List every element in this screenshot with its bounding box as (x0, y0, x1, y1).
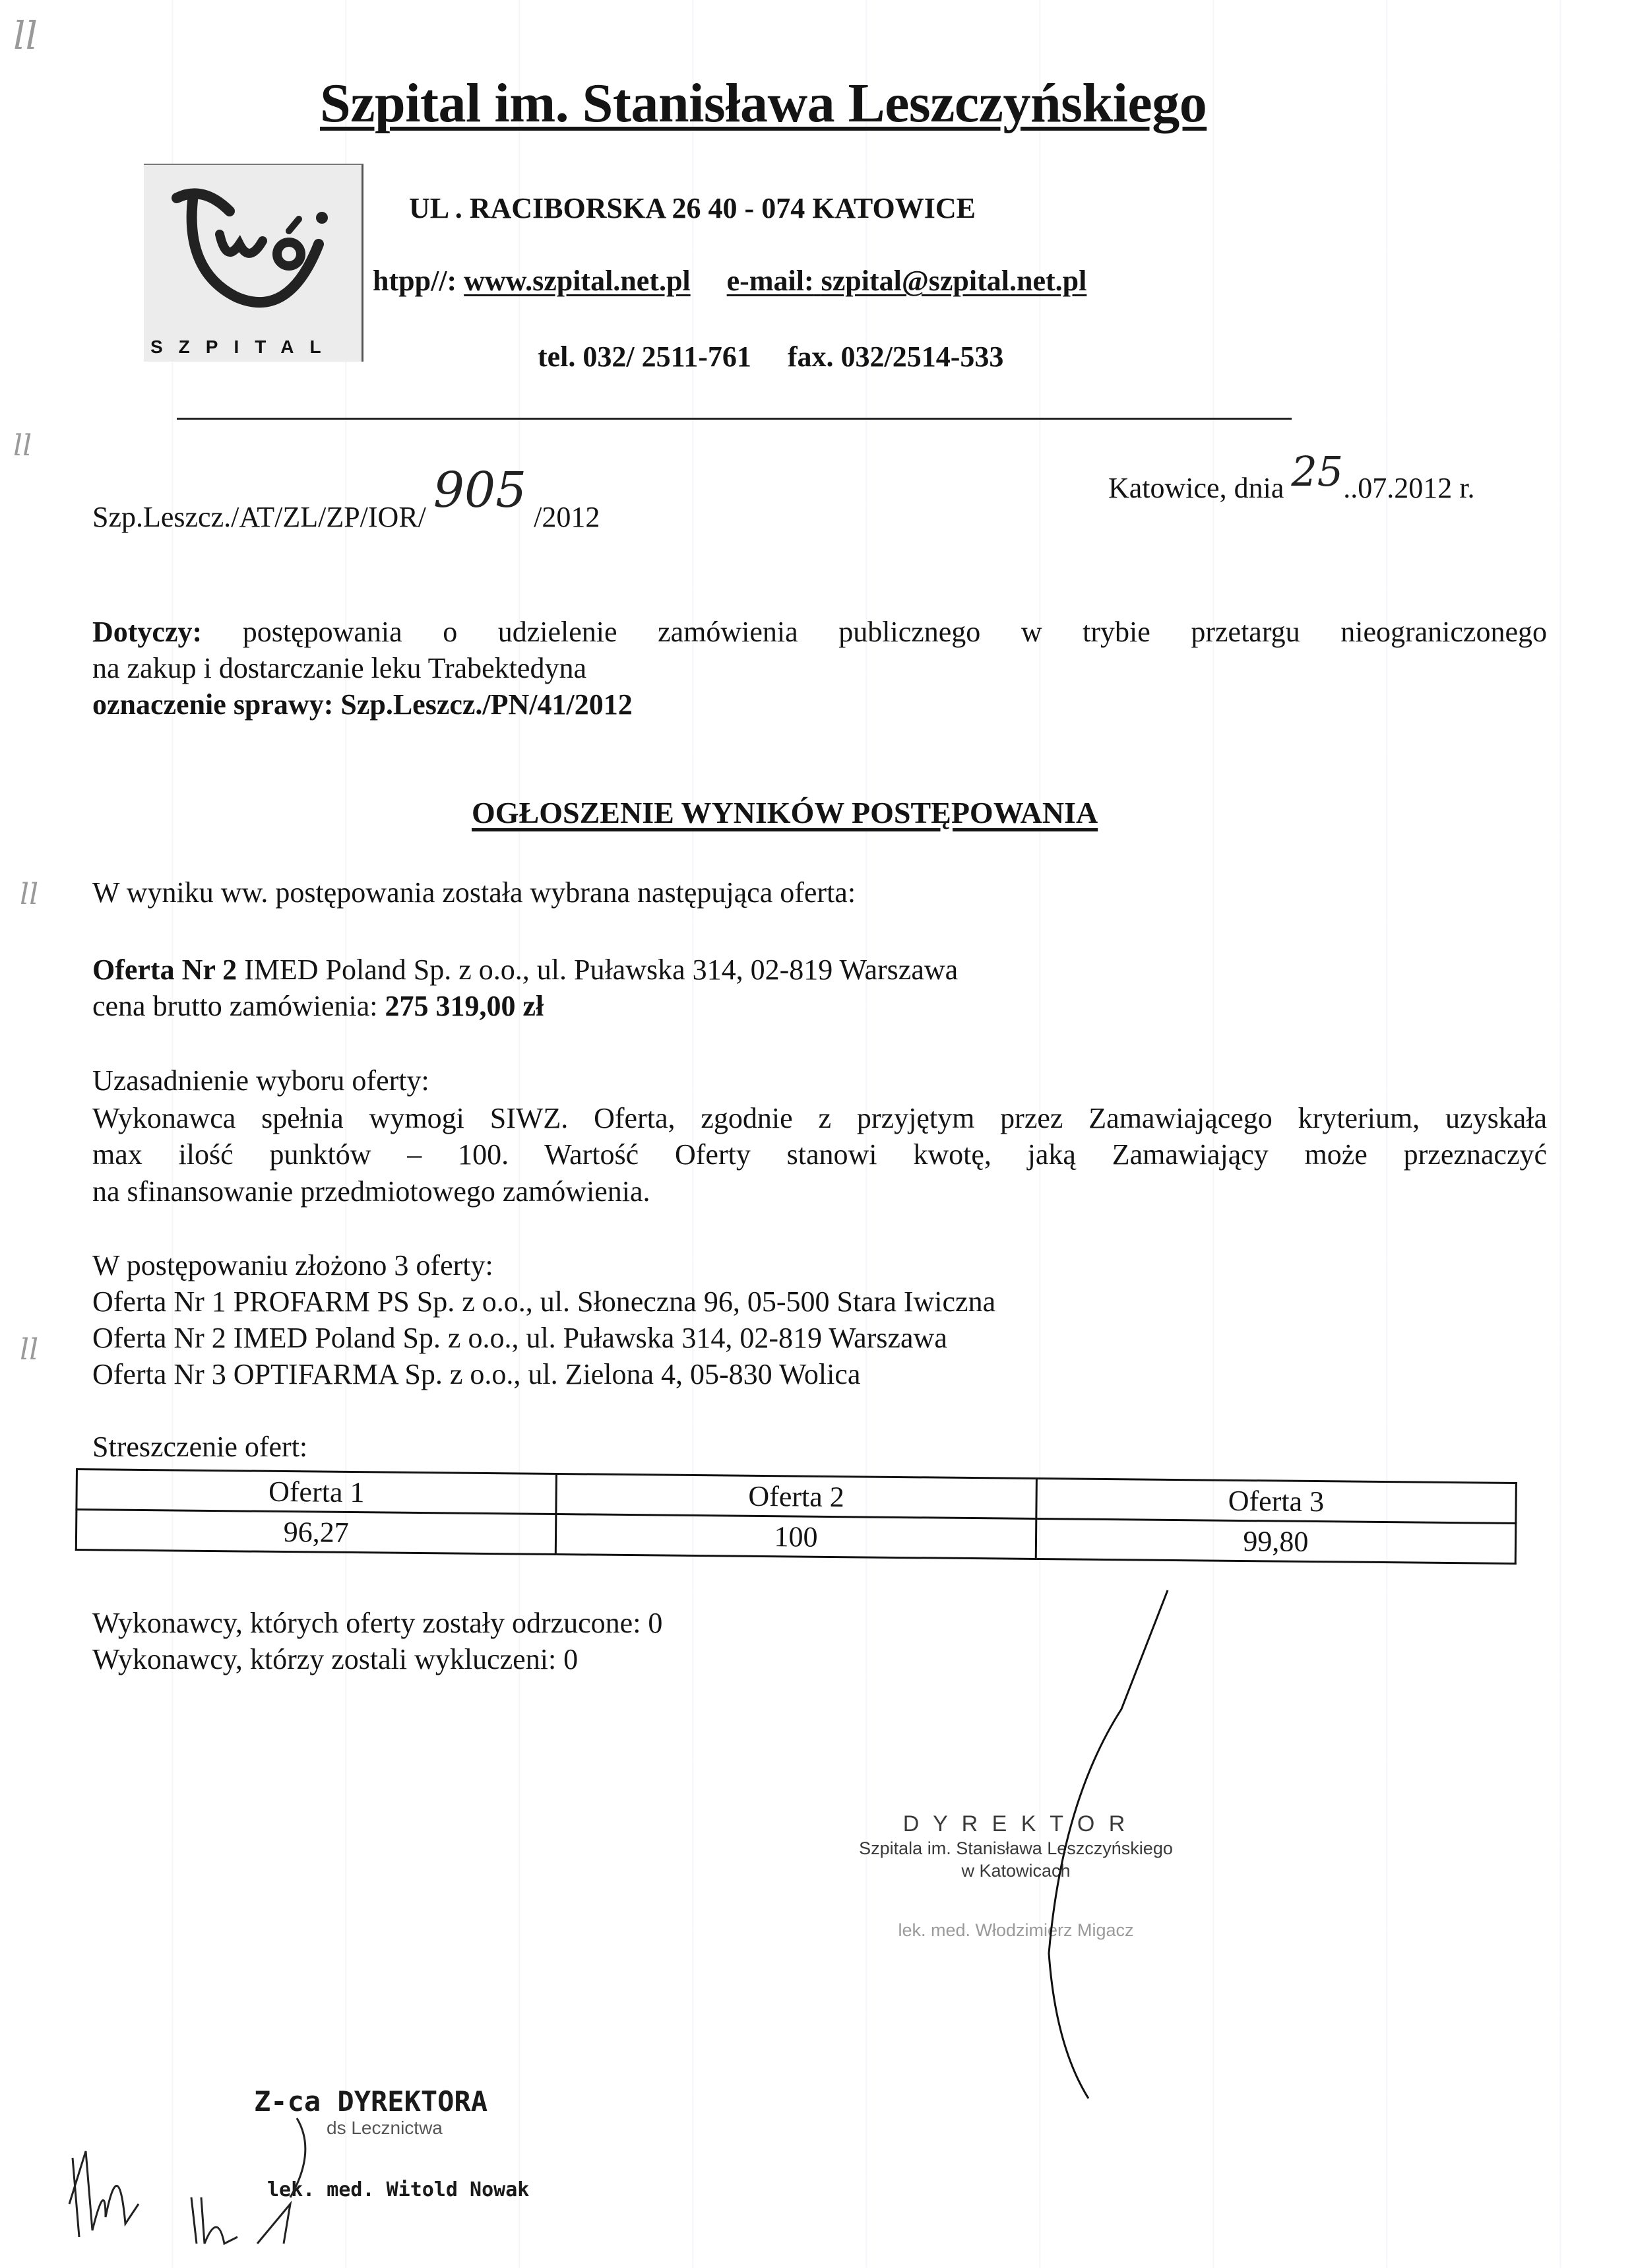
deputy-signature-icon (66, 2112, 383, 2257)
fax-number: fax. 032/2514-533 (788, 340, 1004, 373)
hospital-address: UL . RACIBORSKA 26 40 - 074 KATOWICE (409, 191, 976, 225)
excluded-count: Wykonawcy, którzy zostali wykluczeni: 0 (92, 1641, 578, 1678)
result-intro: W wyniku ww. postępowania została wybran… (92, 874, 856, 911)
website-link[interactable]: www.szpital.net.pl (464, 265, 690, 297)
justification-line: max ilość punktów – 100. Wartość Oferty … (92, 1136, 1547, 1173)
margin-mark: ll (13, 429, 32, 463)
case-number: oznaczenie sprawy: Szp.Leszcz./PN/41/201… (92, 686, 633, 723)
contact-web-email: htpp//: www.szpital.net.pl e-mail: szpit… (373, 264, 1086, 298)
email-link[interactable]: e-mail: szpital@szpital.net.pl (727, 265, 1087, 297)
phone-number: tel. 032/ 2511-761 (538, 340, 751, 373)
offer-item: Oferta Nr 1 PROFARM PS Sp. z o.o., ul. S… (92, 1283, 995, 1320)
score-cell: 100 (556, 1514, 1036, 1559)
selected-offer-price: cena brutto zamówienia: 275 319,00 zł (92, 988, 544, 1025)
logo-wordmark: SZPITAL (150, 337, 362, 358)
header-cell: Oferta 2 (556, 1474, 1036, 1518)
price-value: 275 319,00 zł (385, 990, 544, 1022)
web-label: htpp//: (373, 265, 456, 297)
margin-mark: ll (20, 878, 38, 911)
hospital-logo: SZPITAL (144, 164, 363, 362)
hospital-title: Szpital im. Stanisława Leszczyńskiego (320, 71, 1207, 135)
score-cell: 96,27 (76, 1510, 556, 1555)
header-cell: Oferta 3 (1036, 1478, 1516, 1523)
document-date: Katowice, dnia 25..07.2012 r. (1108, 465, 1474, 507)
offers-intro: W postępowaniu złożono 3 oferty: (92, 1247, 493, 1284)
score-cell: 99,80 (1036, 1518, 1516, 1563)
header-divider (177, 418, 1292, 420)
margin-mark: ll (13, 13, 38, 58)
offer-item: Oferta Nr 2 IMED Poland Sp. z o.o., ul. … (92, 1320, 947, 1357)
justification-line: Wykonawca spełnia wymogi SIWZ. Oferta, z… (92, 1100, 1547, 1137)
twoj-logo-icon (157, 172, 348, 323)
subject-line-1: Dotyczy: postępowania o udzielenie zamów… (92, 614, 1547, 651)
director-signature-icon (957, 1584, 1187, 2112)
handwritten-day: 25 (1291, 447, 1343, 496)
summary-label: Streszczenie ofert: (92, 1429, 307, 1466)
justification-line: na sfinansowanie przedmiotowego zamówien… (92, 1173, 650, 1210)
header-cell: Oferta 1 (77, 1470, 557, 1514)
rejected-count: Wykonawcy, których oferty zostały odrzuc… (92, 1605, 662, 1642)
justification-label: Uzasadnienie wyboru oferty: (92, 1062, 429, 1099)
subject-line-2: na zakup i dostarczanie leku Trabektedyn… (92, 650, 586, 687)
offer-item: Oferta Nr 3 OPTIFARMA Sp. z o.o., ul. Zi… (92, 1356, 860, 1393)
offers-summary-table: Oferta 1 Oferta 2 Oferta 3 96,27 100 99,… (75, 1468, 1517, 1565)
reference-number: Szp.Leszcz./AT/ZL/ZP/IOR/ 905 /2012 (92, 492, 600, 536)
selected-offer: Oferta Nr 2 IMED Poland Sp. z o.o., ul. … (92, 952, 958, 988)
margin-mark: ll (20, 1333, 38, 1367)
announcement-heading: OGŁOSZENIE WYNIKÓW POSTĘPOWANIA (472, 795, 1098, 830)
contact-phone: tel. 032/ 2511-761 fax. 032/2514-533 (538, 340, 1003, 373)
handwritten-number: 905 (433, 462, 526, 519)
subject-label: Dotyczy: (92, 616, 202, 648)
